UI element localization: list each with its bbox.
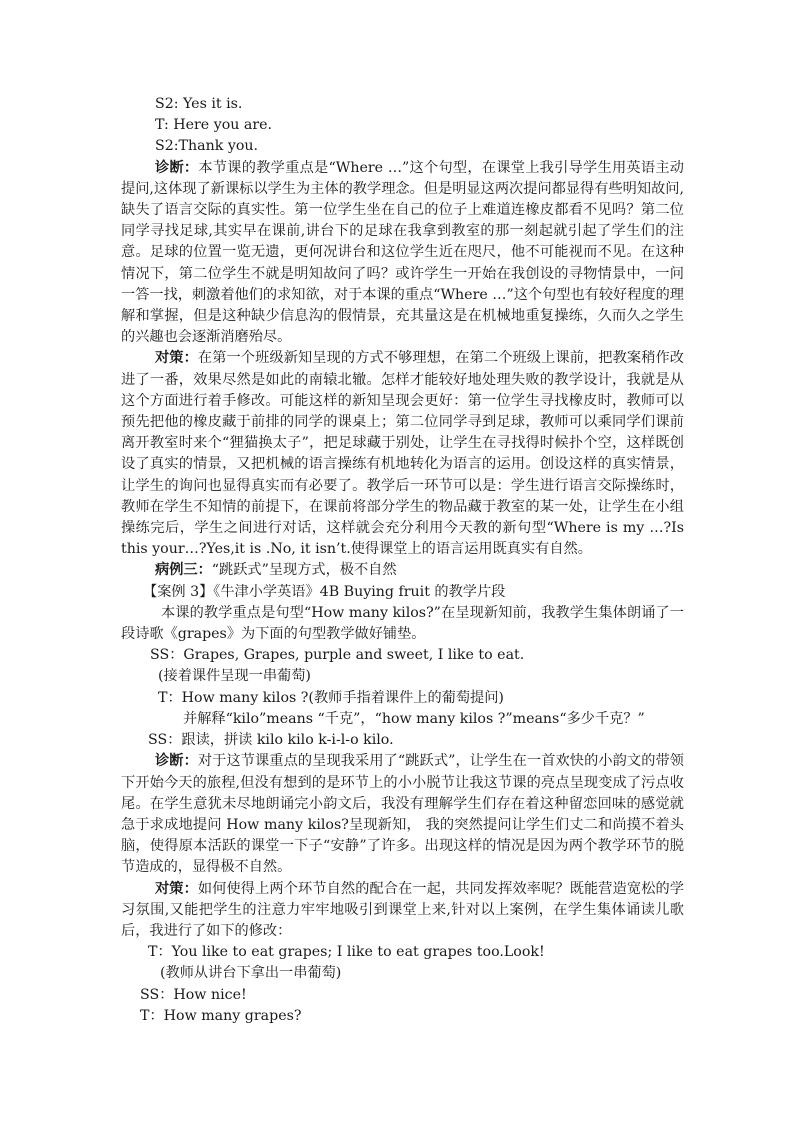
document-page: S2: Yes it is. T: Here you are. S2:Thank… xyxy=(121,94,684,1027)
dialogue-line: SS：跟读，拼读 kilo kilo k-i-l-o kilo. xyxy=(121,730,684,751)
dialogue-line: T: Here you are. xyxy=(121,115,684,136)
diagnosis-paragraph: 诊断：本节课的教学重点是“Where …”这个句型，在课堂上我引导学生用英语主动… xyxy=(121,158,684,349)
dialogue-line: SS：How nice! xyxy=(121,985,684,1006)
diagnosis-label: 诊断： xyxy=(155,753,198,769)
strategy-paragraph: 对策：在第一个班级新知呈现的方式不够理想，在第二个班级上课前，把教案稍作改进了一… xyxy=(121,348,684,560)
case-title: 【案例 3】《牛津小学英语》4B Buying fruit 的教学片段 xyxy=(121,582,684,603)
dialogue-line: 并解释“kilo”means “千克”，“how many kilos ?”me… xyxy=(121,709,684,730)
diagnosis-paragraph: 诊断：对于这节课重点的呈现我采用了“跳跃式”，让学生在一首欢快的小韵文的带领下开… xyxy=(121,751,684,878)
case-heading-label: 病例三： xyxy=(155,562,212,578)
dialogue-line: (教师从讲台下拿出一串葡萄) xyxy=(121,963,684,984)
dialogue-line: S2: Yes it is. xyxy=(121,94,684,115)
diagnosis-label: 诊断： xyxy=(155,160,198,176)
strategy-paragraph: 对策：如何使得上两个环节自然的配合在一起，共同发挥效率呢？既能营造宽松的学习氛围… xyxy=(121,879,684,943)
dialogue-line: (接着课件呈现一串葡萄) xyxy=(121,666,684,687)
strategy-label: 对策： xyxy=(155,881,198,897)
strategy-label: 对策： xyxy=(155,350,198,366)
dialogue-line: S2:Thank you. xyxy=(121,136,684,157)
dialogue-line: T：How many grapes? xyxy=(121,1006,684,1027)
case-heading: 病例三：“跳跃式”呈现方式，极不自然 xyxy=(121,560,684,581)
dialogue-line: SS：Grapes, Grapes, purple and sweet, I l… xyxy=(121,645,684,666)
case-intro: 本课的教学重点是句型“How many kilos?”在呈现新知前，我教学生集体… xyxy=(121,603,684,645)
dialogue-line: T：You like to eat grapes; I like to eat … xyxy=(121,942,684,963)
dialogue-line: T：How many kilos ?(教师手指着课件上的葡萄提问) xyxy=(121,688,684,709)
